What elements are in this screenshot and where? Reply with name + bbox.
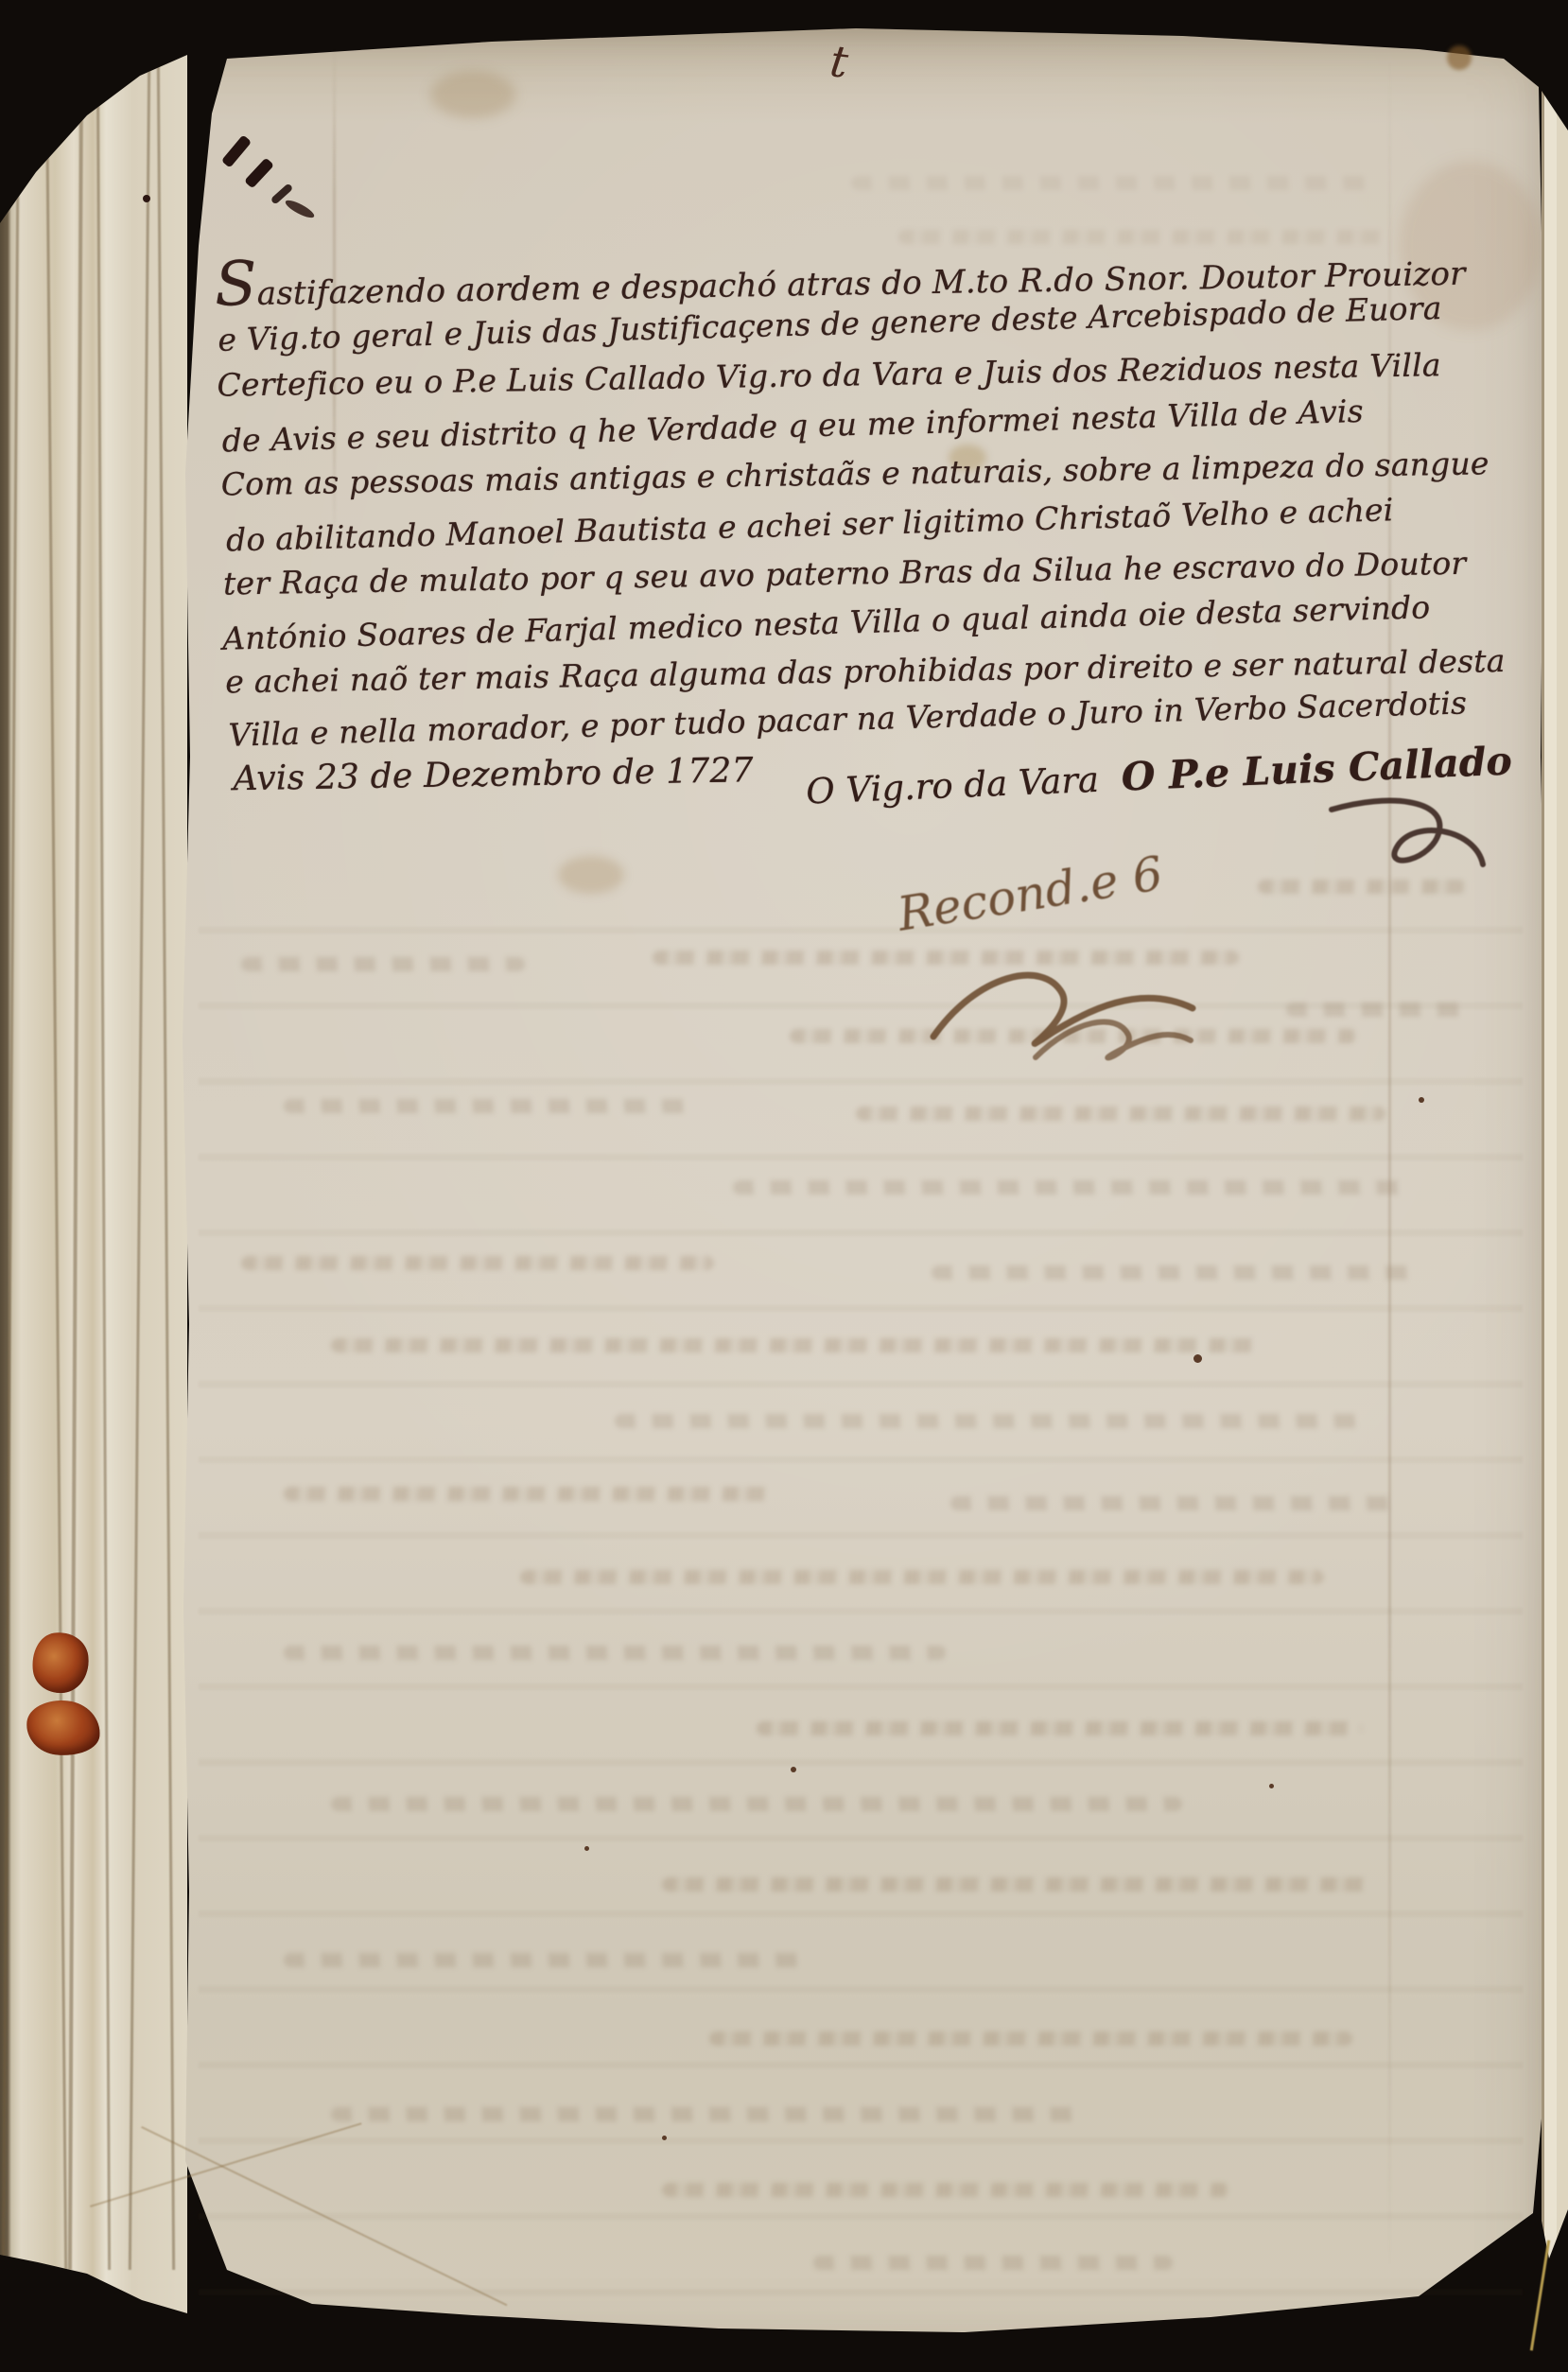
paper-stain [558,856,624,894]
ink-speck [1269,1784,1274,1788]
bleedthrough-line [284,1953,813,1967]
bleedthrough-line [856,1107,1385,1121]
ink-speck [1419,1097,1424,1103]
bleedthrough-line [331,2107,1088,2121]
bleedthrough-line [950,1496,1404,1510]
bleedthrough-line [733,1180,1414,1195]
ink-speck [584,1846,589,1851]
date-line: Avis 23 de Dezembro de 1727 [233,754,754,796]
ink-speck [143,195,150,202]
foxing-spot [1447,45,1472,70]
text-block: Sastifazendo aordem e despachó atras do … [215,239,1490,834]
bleedthrough-line [284,1646,946,1660]
bleedthrough-line [662,1877,1371,1892]
text-line: António Soares de Farjal medico nesta Vi… [222,591,1431,654]
bleedthrough-line [331,1797,1182,1811]
bleedthrough-line [241,1256,714,1270]
paper-crease [157,66,175,2270]
text-line: de Avis e seu distrito q he Verdade q eu… [221,395,1364,457]
signature-flourish [1324,791,1494,885]
bleedthrough-line [932,1265,1423,1280]
bleedthrough-line [615,1414,1371,1428]
manuscript-photo: { "doc": { "folio_mark": "t", "lines": [… [0,0,1568,2372]
text-line: ter Raça de mulato por q seu avo paterno… [223,548,1467,600]
bleedthrough-line [284,1099,690,1113]
paper-crease [68,66,83,2270]
bleedthrough-line [241,957,525,971]
paper-crease [45,66,67,2270]
bleedthrough-line [757,1721,1362,1735]
binding-thread [1530,2240,1550,2350]
ink-speck [791,1767,796,1772]
rubric-flourish [922,946,1225,1078]
paper-stain [430,71,515,118]
bleedthrough-line [331,1338,1258,1352]
ink-speck [1193,1354,1202,1363]
bleedthrough-line [284,1487,775,1501]
text-line: Com as pessoas mais antigas e christaãs … [221,447,1490,499]
text-line: do abilitando Manoel Bautista e achei se… [226,494,1394,555]
paper-crease [129,66,150,2270]
paper-crease [2,66,20,2270]
bleedthrough-line [1286,1003,1475,1017]
bleedthrough-line [662,2183,1229,2197]
bleedthrough-line [709,2032,1352,2046]
bleedthrough-line [851,176,1381,190]
bleedthrough-line [520,1570,1324,1584]
bleedthrough-line [813,2256,1173,2270]
ink-speck [662,2136,667,2140]
paper-crease [96,66,111,2270]
text-line: Certefico eu o P.e Luis Callado Vig.ro d… [217,349,1441,400]
binding-edge-stack [0,0,187,2372]
adjacent-page-edge [1542,91,1568,2259]
